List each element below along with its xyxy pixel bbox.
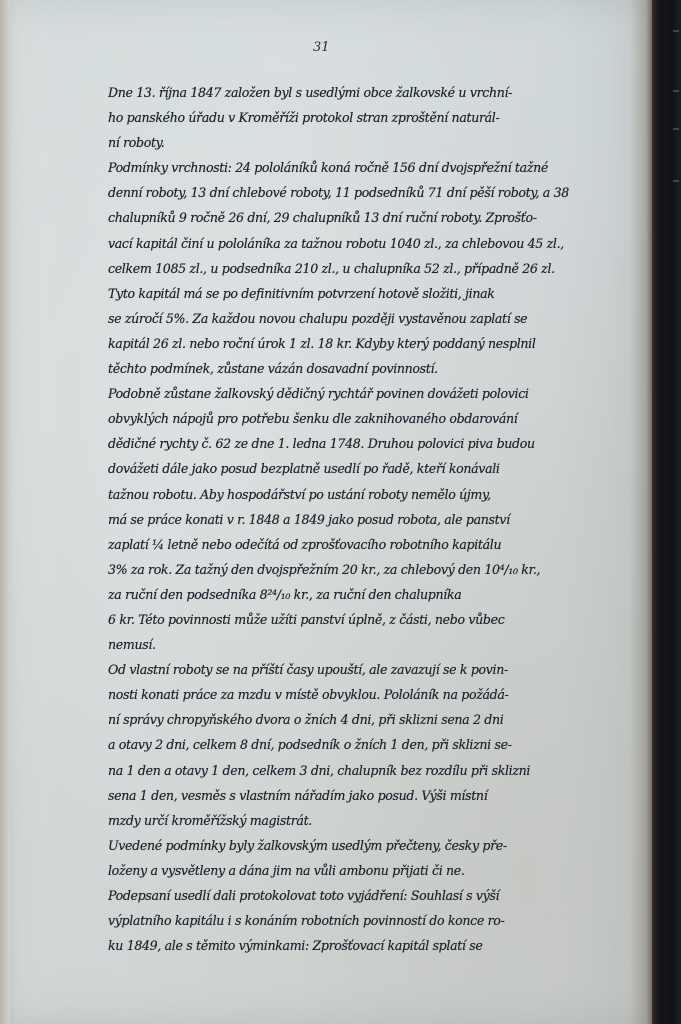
text-line: ku 1849, ale s těmito výminkami: Zprošťo… — [108, 933, 650, 958]
text-line: Podobně zůstane žalkovský dědičný rychtá… — [108, 381, 650, 406]
page-number: 31 — [313, 40, 330, 55]
text-line: sena 1 den, vesměs s vlastním nářadím ja… — [108, 783, 650, 808]
text-line: 3% za rok. Za tažný den dvojspřežním 20 … — [108, 557, 650, 582]
text-line: Tyto kapitál má se po definitivním potvr… — [108, 281, 650, 306]
binding-notch — [673, 90, 679, 92]
binding-notch — [673, 30, 679, 32]
text-line: chalupníků 9 ročně 26 dní, 29 chalupníků… — [108, 205, 650, 230]
text-line: vací kapitál činí u pololáníka za tažnou… — [108, 231, 650, 256]
text-line: dědičné rychty č. 62 ze dne 1. ledna 174… — [108, 431, 650, 456]
text-line: ní správy chropyňského dvora o žních 4 d… — [108, 707, 650, 732]
text-line: za ruční den podsedníka 8²⁴/₁₀ kr., za r… — [108, 582, 650, 607]
text-line: Uvedené podmínky byly žalkovským usedlým… — [108, 833, 650, 858]
text-line: těchto podmínek, zůstane vázán dosavadní… — [108, 356, 650, 381]
handwritten-text-block: Dne 13. října 1847 založen byl s usedlým… — [108, 80, 650, 958]
text-line: mzdy určí kroměřížský magistrát. — [108, 808, 650, 833]
text-line: celkem 1085 zl., u podsedníka 210 zl., u… — [108, 256, 650, 281]
text-line: dovážeti dále jako posud bezplatně usedl… — [108, 456, 650, 481]
text-line: nemusí. — [108, 632, 650, 657]
text-line: loženy a vysvětleny a dána jim na vůli a… — [108, 858, 650, 883]
page-left-edge — [0, 0, 10, 1024]
text-line: se zúročí 5%. Za každou novou chalupu po… — [108, 306, 650, 331]
text-line: výplatního kapitálu i s konáním robotníc… — [108, 908, 650, 933]
text-line: nosti konati práce za mzdu v místě obvyk… — [108, 682, 650, 707]
manuscript-page: 31 Dne 13. října 1847 založen byl s used… — [0, 0, 652, 1024]
text-line: tažnou robotu. Aby hospodářství po ustán… — [108, 482, 650, 507]
text-line: na 1 den a otavy 1 den, celkem 3 dni, ch… — [108, 758, 650, 783]
text-line: zaplatí ¼ letně nebo odečítá od zprošťov… — [108, 532, 650, 557]
text-line: Podepsaní usedlí dali protokolovat toto … — [108, 883, 650, 908]
text-line: ní roboty. — [108, 130, 650, 155]
text-line: 6 kr. Této povinnosti může užíti panství… — [108, 607, 650, 632]
text-line: má se práce konati v r. 1848 a 1849 jako… — [108, 507, 650, 532]
book-binding — [652, 0, 681, 1024]
text-line: Od vlastní roboty se na příští časy upou… — [108, 657, 650, 682]
text-line: Dne 13. října 1847 založen byl s usedlým… — [108, 80, 650, 105]
text-line: Podmínky vrchnosti: 24 pololáníků koná r… — [108, 155, 650, 180]
binding-notch — [673, 128, 679, 130]
text-line: a otavy 2 dni, celkem 8 dní, podsedník o… — [108, 732, 650, 757]
text-line: ho panského úřadu v Kroměříži protokol s… — [108, 105, 650, 130]
text-line: kapitál 26 zl. nebo roční úrok 1 zl. 18 … — [108, 331, 650, 356]
text-line: obvyklých nápojů pro potřebu šenku dle z… — [108, 406, 650, 431]
text-line: denní roboty, 13 dní chlebové roboty, 11… — [108, 180, 650, 205]
binding-notch — [673, 180, 679, 182]
